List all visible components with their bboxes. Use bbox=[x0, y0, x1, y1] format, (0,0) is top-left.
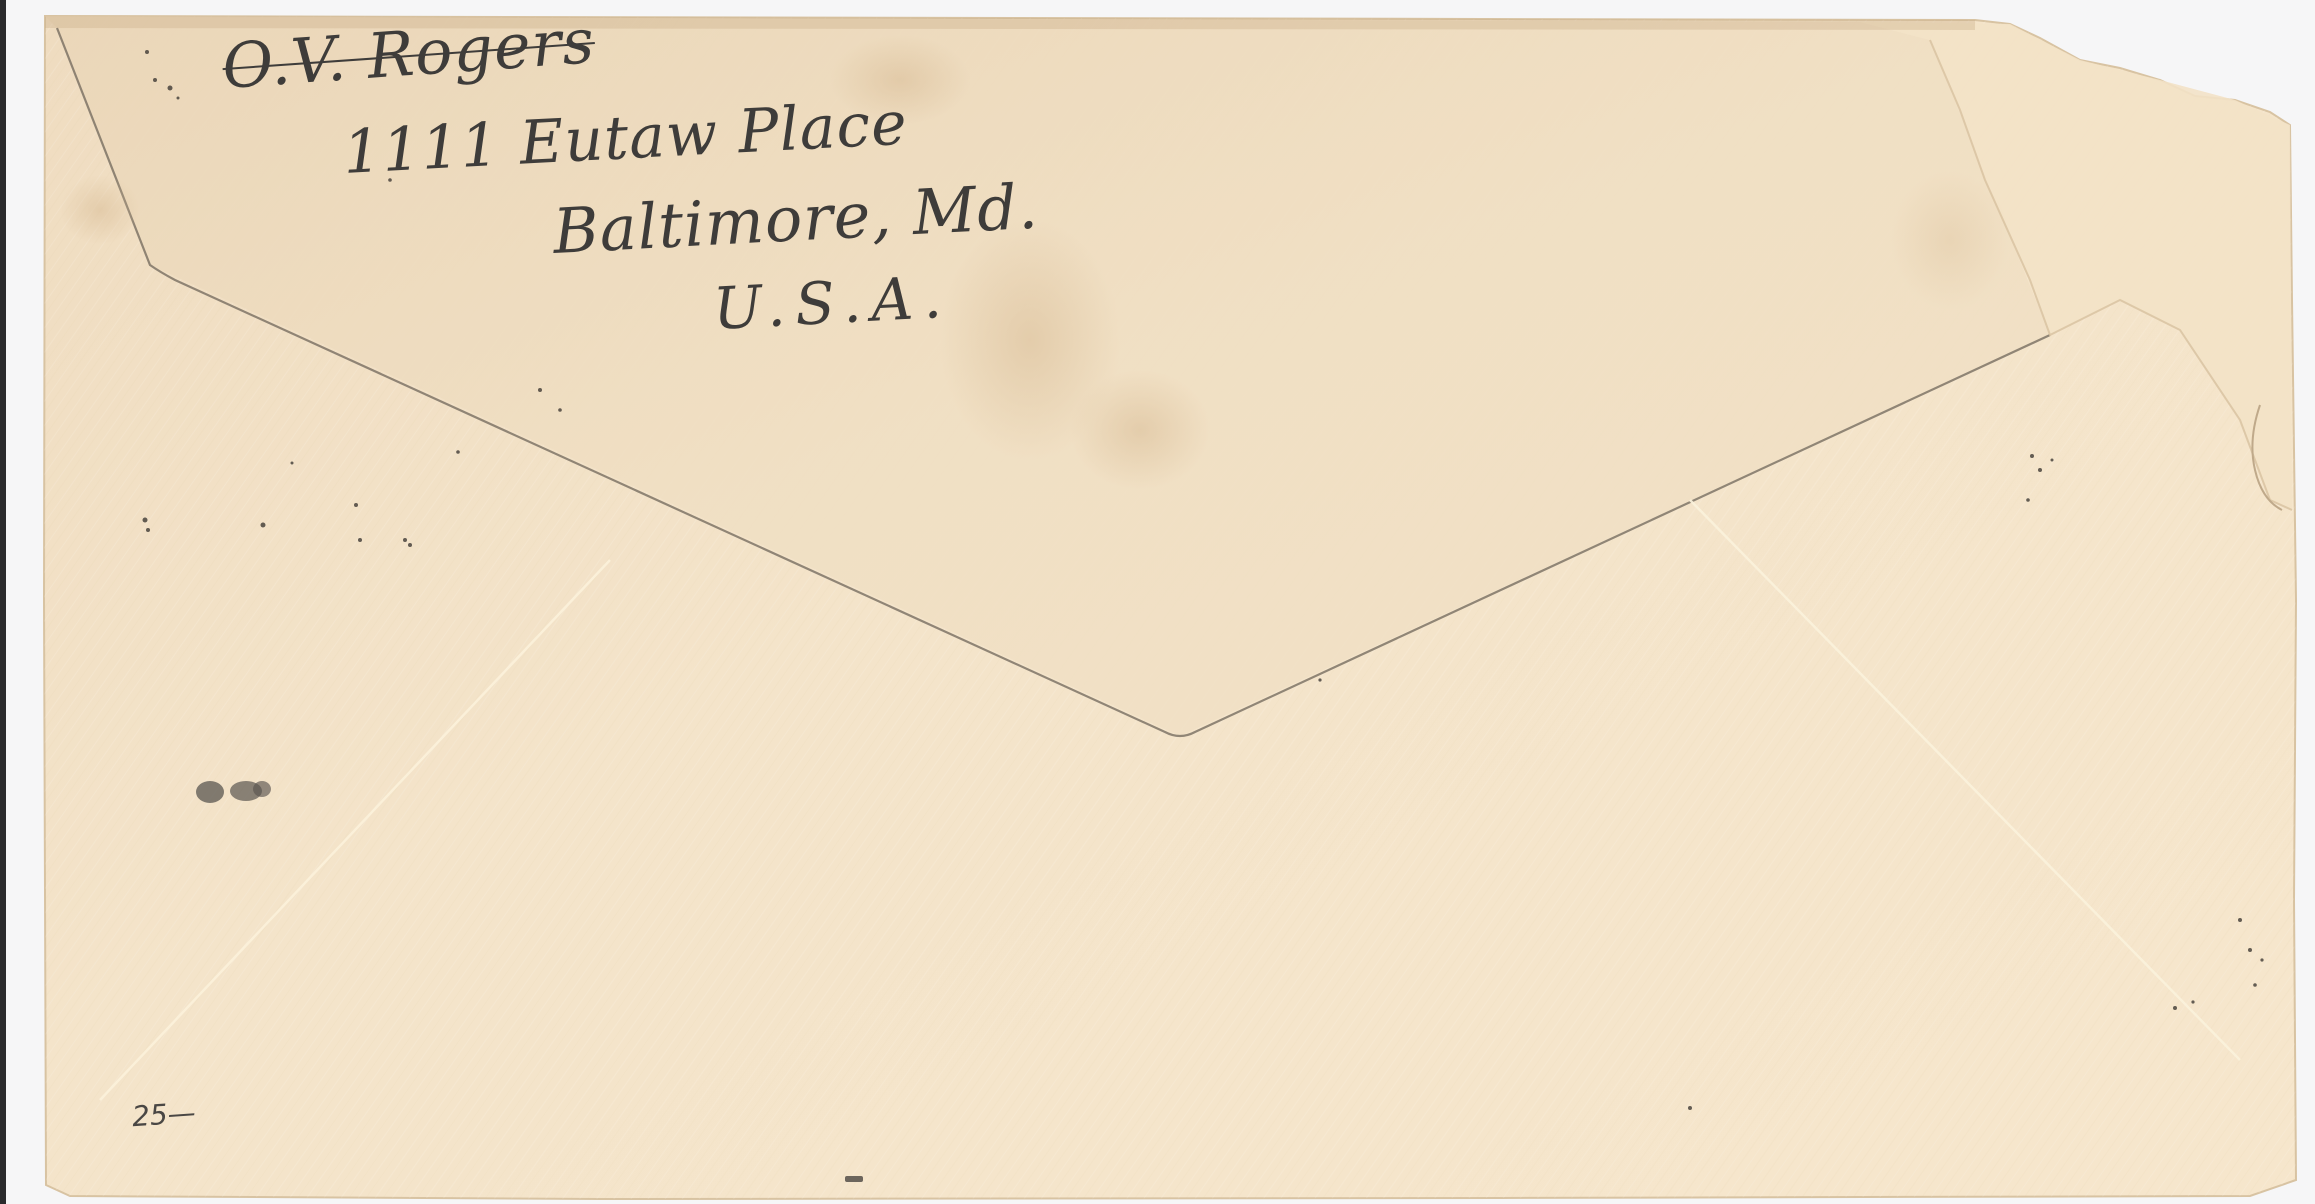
scan-background: O.V. Rogers 1111 Eutaw Place Baltimore, … bbox=[0, 0, 2315, 1204]
ink-smudge bbox=[188, 778, 278, 806]
pencil-price-note: 25— bbox=[131, 1096, 197, 1133]
small-speck bbox=[845, 1176, 863, 1182]
sender-country: U.S.A. bbox=[711, 263, 953, 343]
